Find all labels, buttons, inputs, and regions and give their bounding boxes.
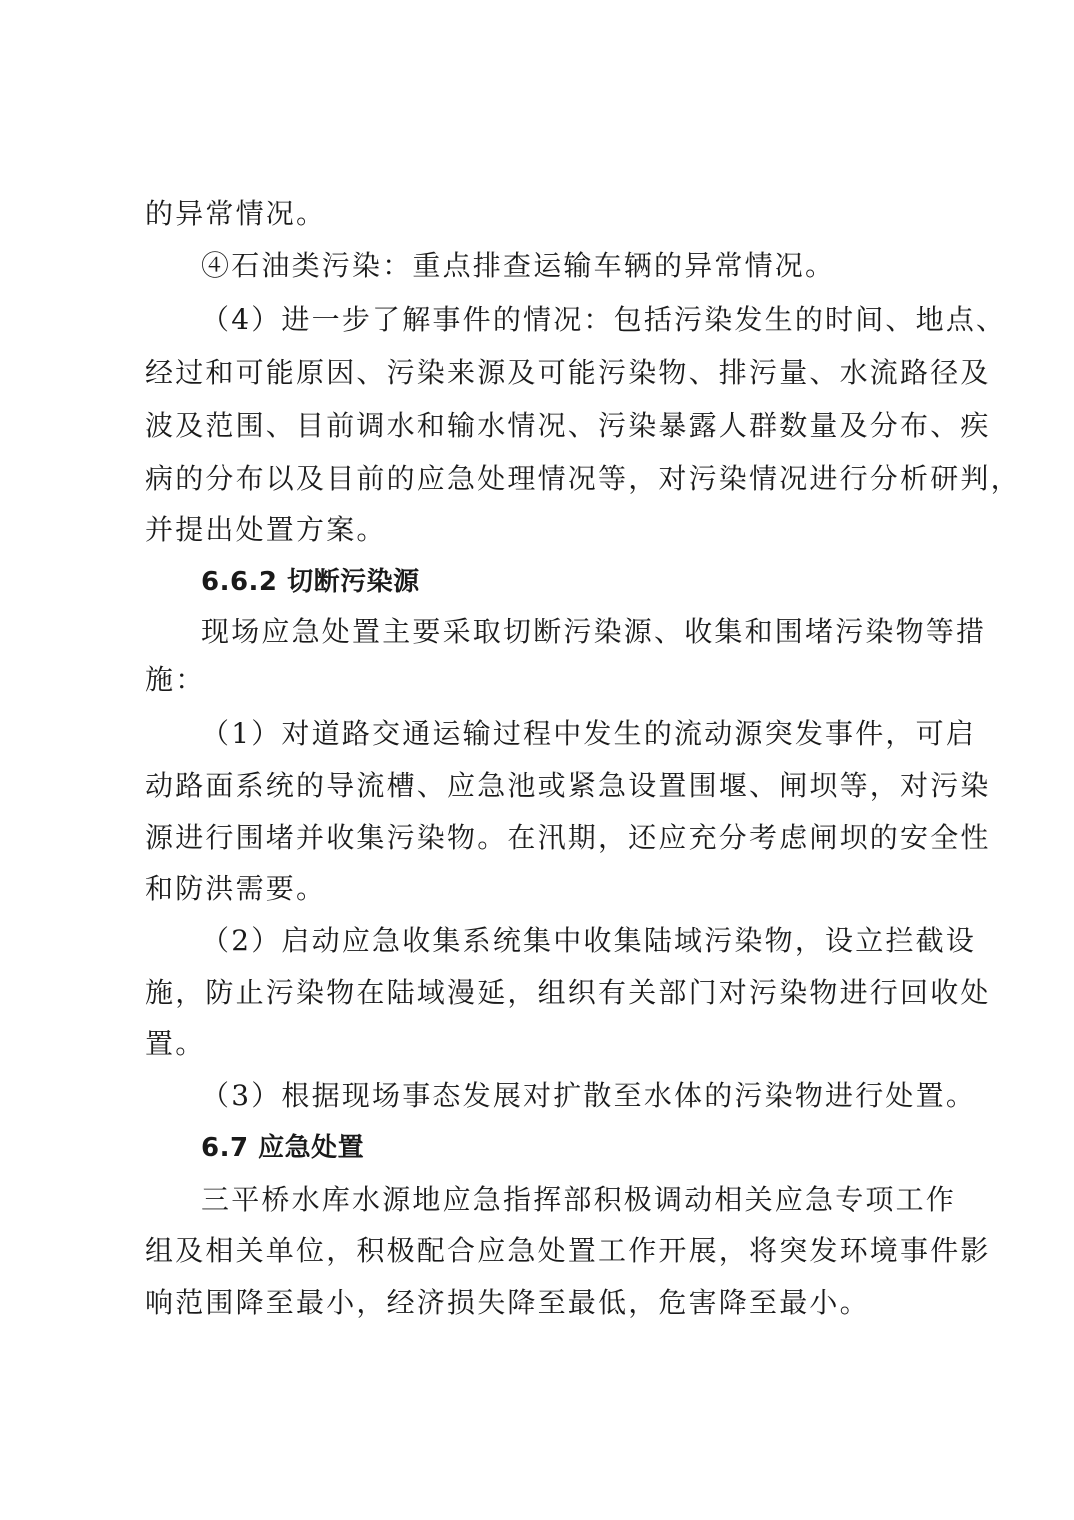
- paragraph-line: 施，防止污染物在陆域漫延，组织有关部门对污染物进行回收处: [145, 967, 991, 1019]
- paragraph-line: 波及范围、目前调水和输水情况、污染暴露人群数量及分布、疾: [145, 400, 991, 452]
- paragraph-line: 并提出处置方案。: [145, 504, 387, 556]
- list-item-petroleum-pollution: ④石油类污染：重点排查运输车辆的异常情况。: [201, 240, 835, 292]
- paragraph-line: 源进行围堵并收集污染物。在汛期，还应充分考虑闸坝的安全性: [145, 812, 991, 864]
- section-heading-6-7: 6.7 应急处置: [201, 1122, 364, 1174]
- paragraph-line: 病的分布以及目前的应急处理情况等，对污染情况进行分析研判，: [145, 453, 1021, 505]
- paragraph-line: （1）对道路交通运输过程中发生的流动源突发事件，可启: [201, 708, 976, 760]
- paragraph-line: 组及相关单位，积极配合应急处置工作开展，将突发环境事件影: [145, 1225, 991, 1277]
- paragraph-line: 动路面系统的导流槽、应急池或紧急设置围堰、闸坝等，对污染: [145, 760, 991, 812]
- section-heading-6-6-2: 6.6.2 切断污染源: [201, 556, 420, 608]
- paragraph-line: 三平桥水库水源地应急指挥部积极调动相关应急专项工作: [201, 1174, 956, 1226]
- paragraph-line: 的异常情况。: [145, 188, 326, 240]
- paragraph-line: （2）启动应急收集系统集中收集陆域污染物，设立拦截设: [201, 915, 976, 967]
- paragraph-line: 经过和可能原因、污染来源及可能污染物、排污量、水流路径及: [145, 347, 991, 399]
- paragraph-line: （4）进一步了解事件的情况：包括污染发生的时间、地点、: [201, 294, 1006, 346]
- paragraph-line: 响范围降至最小，经济损失降至最低，危害降至最小。: [145, 1277, 870, 1329]
- paragraph-line: （3）根据现场事态发展对扩散至水体的污染物进行处置。: [201, 1070, 976, 1122]
- paragraph-line: 施：: [145, 654, 205, 706]
- paragraph-line: 置。: [145, 1018, 205, 1070]
- paragraph-line: 现场应急处置主要采取切断污染源、收集和围堵污染物等措: [201, 606, 986, 658]
- paragraph-line: 和防洪需要。: [145, 863, 326, 915]
